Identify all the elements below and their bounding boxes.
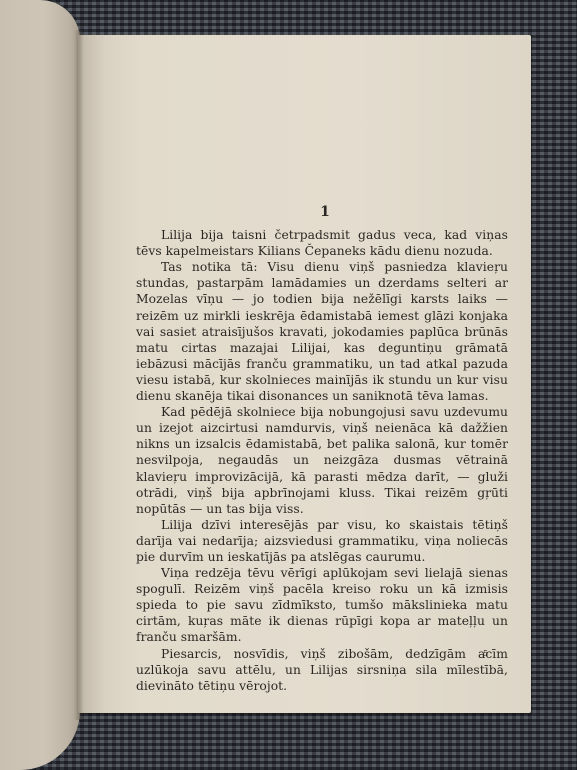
paragraph: Piesarcis, nosvīdis, viņš zibošām, dedzī…: [136, 646, 508, 694]
page-number: 5: [483, 649, 488, 658]
paragraph: Tas notika tā: Visu dienu viņš pasniedza…: [136, 259, 508, 404]
book-gutter: [74, 30, 84, 720]
page-text: 1 Lilija bija taisni četrpadsmit gadus v…: [136, 204, 508, 694]
paragraph: Kad pēdējā skolniece bija nobungojusi sa…: [136, 404, 508, 517]
chapter-number: 1: [136, 204, 508, 220]
left-book-page: [0, 0, 80, 770]
paragraph: Lilija bija taisni četrpadsmit gadus vec…: [136, 227, 508, 259]
paragraph: Viņa redzēja tēvu vērīgi aplūkojam sevi …: [136, 565, 508, 645]
paragraph: Lilija dzīvi interesējās par visu, ko sk…: [136, 517, 508, 565]
